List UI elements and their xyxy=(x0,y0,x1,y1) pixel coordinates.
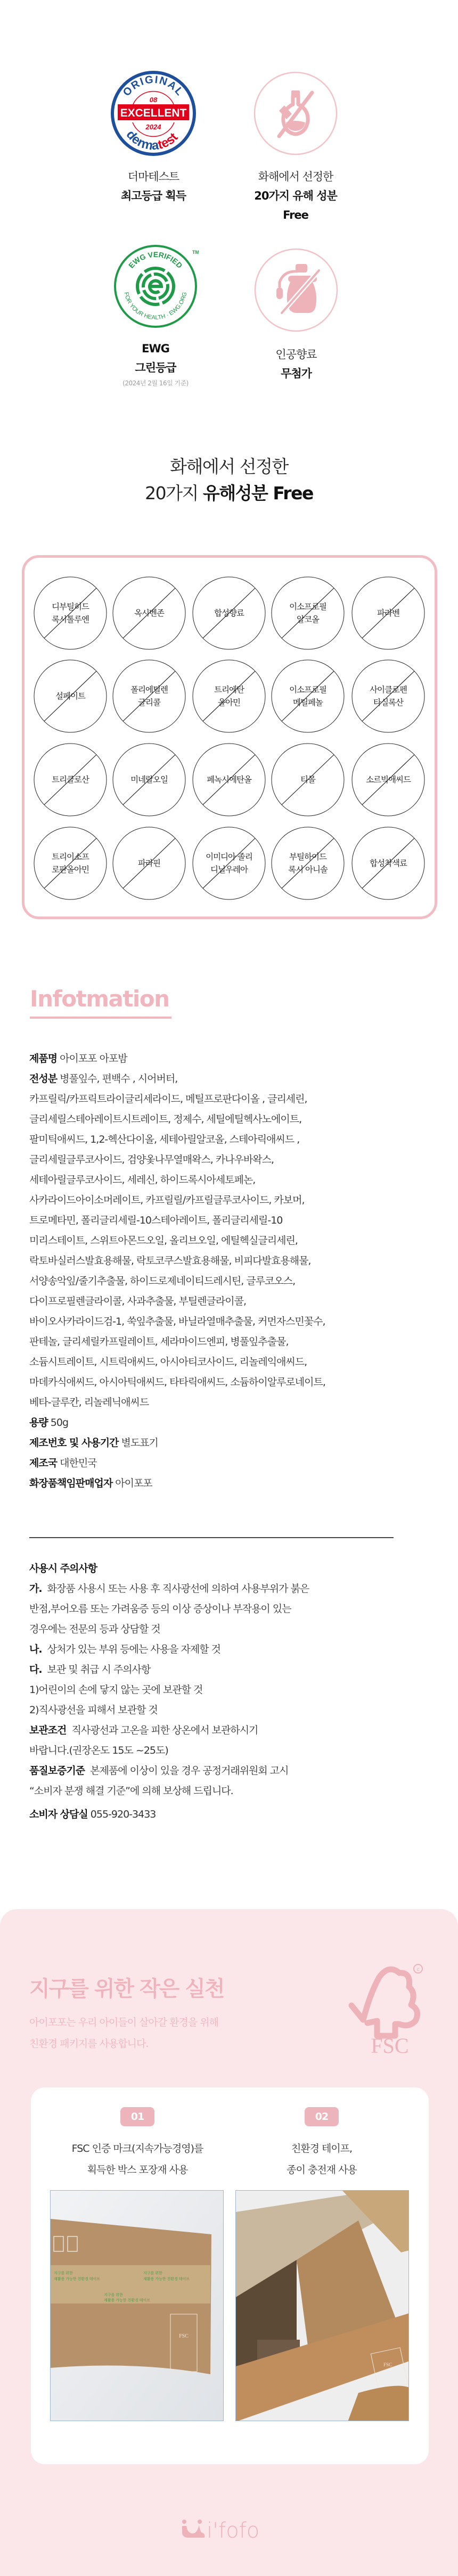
ifofo-logo: i'fofo xyxy=(181,2510,277,2542)
free-ingredient-label: 페녹시에탄올 xyxy=(192,743,266,816)
ingredients-line: 락토바실러스발효용해물, 락토코쿠스발효용해물, 비피다발효용해물, xyxy=(29,1251,434,1271)
seller-row: 화장품책임판매업자 아이포포 xyxy=(29,1473,434,1493)
feature-label-line2: 최고등급 획득 xyxy=(84,186,223,205)
ingredients-row: 전성분 병풀잎수, 편백수 , 시어버터, xyxy=(29,1069,434,1089)
free-heading-line1: 화해에서 선정한 xyxy=(0,453,458,480)
step-caption-line: 친환경 테이프, xyxy=(234,2138,410,2159)
dermatest-badge-icon: ORIGINAL 08 EXCELLENT 2024 dermatest xyxy=(110,70,197,156)
free-ingredient-item: 합성향료 xyxy=(192,576,266,650)
ingredients-line: 바이오사카라이드검-1, 쑥잎추출물, 바닐라열매추출물, 커먼자스민꽃수, xyxy=(29,1311,434,1332)
caution-na: 나. 상처가 있는 부위 등에는 사용을 자제할 것 xyxy=(29,1639,434,1659)
free-ingredient-item: 사이클로펜 타실록산 xyxy=(351,659,425,733)
free-ingredient-label: 소르빅애씨드 xyxy=(351,743,425,816)
svg-text:지구를 위한: 지구를 위한 xyxy=(54,2270,73,2275)
svg-text:재활용 가능한 친환경 테이프: 재활용 가능한 친환경 테이프 xyxy=(54,2276,100,2281)
ingredients-line: 마데카식애씨드, 아시아틱애씨드, 타타릭애씨드, 소듐하이알루로네이트, xyxy=(29,1372,434,1392)
free-ingredient-item: 디부틸히드 록시톨루엔 xyxy=(34,576,107,650)
feature-label-line1: 인공향료 xyxy=(227,345,365,364)
ingredients-line: 트로메타민, 폴리글리세릴-10스테아레이트, 폴리글리세릴-10 xyxy=(29,1210,434,1231)
caution-title: 사용시 주의사항 xyxy=(29,1558,434,1579)
free-ingredient-label: 트리클로산 xyxy=(34,743,107,816)
section-divider xyxy=(29,1537,394,1538)
info-title: Infotmation xyxy=(30,986,169,1012)
free-ingredient-label: 사이클로펜 타실록산 xyxy=(351,659,425,733)
free-ingredient-item: 이소프로필 메틸페놀 xyxy=(271,659,345,733)
svg-text:FSC: FSC xyxy=(383,2362,392,2367)
eco-title: 지구를 위한 작은 실천 xyxy=(29,1972,224,2002)
ingredients-line: 세테아릴글루코사이드, 세레신, 하이드록시아세토페논, xyxy=(29,1170,434,1190)
step-caption-line: 종이 충전재 사용 xyxy=(234,2159,410,2181)
feature-label-line3: Free xyxy=(226,205,365,225)
free-ingredient-item: 페녹시에탄올 xyxy=(192,743,266,816)
ewg-verified-badge-icon: EWG VERIFIED FOR YOUR HEALTH · EWG.ORG T… xyxy=(112,243,199,329)
free-ingredient-label: 파라핀 xyxy=(112,827,186,900)
free-ingredient-item: 옥시벤존 xyxy=(112,576,186,650)
svg-text:재활용 가능한 친환경 테이프: 재활용 가능한 친환경 테이프 xyxy=(104,2298,150,2302)
ingredients-line: 다이프로필렌글라이콜, 사과추출물, 부틸렌글라이콜, xyxy=(29,1291,434,1311)
free-ingredient-label: 이미디아 졸리 디닐우레아 xyxy=(192,827,266,900)
storage-row: 보관조건 직사광선과 고온을 피한 상온에서 보관하시기 xyxy=(29,1720,434,1740)
ingredients-line: 베타-글루칸, 리놀레닉애씨드 xyxy=(29,1392,434,1413)
feature-label-line1: EWG xyxy=(86,339,225,358)
no-chemical-flask-icon xyxy=(252,70,339,156)
free-ingredient-item: 트리에탄 올아민 xyxy=(192,659,266,733)
free-ingredient-item: 이미디아 졸리 디닐우레아 xyxy=(192,827,266,900)
caution-line: “소비자 분쟁 해결 기준”에 의해 보상해 드립니다. xyxy=(29,1781,434,1801)
feature-label-line2: 무첨가 xyxy=(227,364,365,383)
customer-service-row: 소비자 상담실 055-920-3433 xyxy=(29,1804,434,1824)
feature-label-line1: 더마테스트 xyxy=(84,167,223,186)
free-ingredient-label: 설페이트 xyxy=(34,659,107,733)
fsc-logo-icon: c FSC xyxy=(346,1961,426,2057)
svg-text:2024: 2024 xyxy=(145,123,162,131)
caution-section: 사용시 주의사항 가. 화장품 사용시 또는 사용 후 직사광선에 의하여 사용… xyxy=(29,1558,434,1824)
eco-tape-paper-filler-photo: FSC xyxy=(235,2190,409,2421)
ingredients-line: 서양송악잎/줄기추출물, 하이드로제네이티드레시틴, 글루코오스, xyxy=(29,1271,434,1291)
free-ingredient-item: 설페이트 xyxy=(34,659,107,733)
feature-no-fragrance: 인공향료 무첨가 xyxy=(227,247,365,383)
free-ingredient-label: 이소프로필 알코올 xyxy=(271,576,345,650)
eco-subtitle-line: 친환경 패키지를 사용합니다. xyxy=(29,2033,218,2054)
free-ingredient-item: 파라핀 xyxy=(112,827,186,900)
caution-line: 반점,부어오름 또는 가려움증 등의 이상 증상이나 부작용이 있는 xyxy=(29,1599,434,1619)
free-ingredient-label: 합성향료 xyxy=(192,576,266,650)
ingredients-line: 소듐시트레이트, 시트릭애씨드, 아시아티코사이드, 리놀레익애씨드, xyxy=(29,1352,434,1372)
ingredients-line: 카프릴릭/카프릭트라이글리세라이드, 메틸프로판다이올 , 글리세린, xyxy=(29,1089,434,1109)
free-ingredient-item: 파라벤 xyxy=(351,576,425,650)
free-ingredient-label: 트리에탄 올아민 xyxy=(192,659,266,733)
free-ingredient-label: 합성착색료 xyxy=(351,827,425,900)
free-ingredient-item: 티몰 xyxy=(271,743,345,816)
step-caption-line: FSC 인증 마크(지속가능경영)를 xyxy=(50,2138,225,2159)
origin-row: 제조국 대한민국 xyxy=(29,1453,434,1473)
free-ingredient-label: 폴리에틸렌 글리콜 xyxy=(112,659,186,733)
ingredients-line: 미리스테이트, 스위트아몬드오일, 올리브오일, 에틸헥실글리세린, xyxy=(29,1231,434,1251)
free-ingredient-label: 트리이소프 로판올아민 xyxy=(34,827,107,900)
caution-line: 1)어린이의 손에 닿지 않는 곳에 보관할 것 xyxy=(29,1680,434,1700)
free-ingredient-label: 부틸하이드 록시 아니솔 xyxy=(271,827,345,900)
feature-dermatest: ORIGINAL 08 EXCELLENT 2024 dermatest 더마테… xyxy=(84,70,223,205)
free-ingredient-item: 소르빅애씨드 xyxy=(351,743,425,816)
eco-subtitle-line: 아이포포는 우리 아이들이 살아갈 환경을 위해 xyxy=(29,2012,218,2033)
fsc-certified-box-photo: 지구를 위한재활용 가능한 친환경 테이프 지구를 위한재활용 가능한 친환경 … xyxy=(50,2190,224,2421)
caution-line: 바랍니다.(권장온도 15도 ~25도) xyxy=(29,1740,434,1761)
free-section-heading: 화해에서 선정한 20가지 유해성분 Free xyxy=(0,453,458,507)
free-ingredient-item: 합성착색료 xyxy=(351,827,425,900)
ingredients-line: 사카라이드아이소머레이트, 카프릴릴/카프릴글루코사이드, 카보머, xyxy=(29,1190,434,1210)
svg-text:08: 08 xyxy=(150,96,158,104)
caution-ga: 가. 화장품 사용시 또는 사용 후 직사광선에 의하여 사용부위가 붉은 xyxy=(29,1579,434,1599)
feature-label-line2: 그린등급 xyxy=(86,358,225,377)
free-ingredient-item: 폴리에틸렌 글리콜 xyxy=(112,659,186,733)
step-badge-02: 02 xyxy=(305,2107,339,2126)
svg-text:c: c xyxy=(417,1967,420,1972)
feature-hwahae-free: 화해에서 선정한 20가지 유해 성분 Free xyxy=(226,70,365,225)
feature-ewg: EWG VERIFIED FOR YOUR HEALTH · EWG.ORG T… xyxy=(86,243,225,389)
svg-text:지구를 위한: 지구를 위한 xyxy=(104,2292,123,2297)
svg-text:FSC: FSC xyxy=(371,2034,408,2057)
free-ingredient-item: 트리클로산 xyxy=(34,743,107,816)
step-caption-02: 친환경 테이프, 종이 충전재 사용 xyxy=(234,2138,410,2181)
free-ingredient-label: 이소프로필 메틸페놀 xyxy=(271,659,345,733)
free-ingredient-item: 미네랄오일 xyxy=(112,743,186,816)
feature-note: (2024년 2월 16일 기준) xyxy=(86,377,225,389)
free-ingredient-item: 트리이소프 로판올아민 xyxy=(34,827,107,900)
svg-text:FSC: FSC xyxy=(179,2333,189,2339)
svg-text:재활용 가능한 친환경 테이프: 재활용 가능한 친환경 테이프 xyxy=(143,2276,190,2281)
feature-label-line1: 화해에서 선정한 xyxy=(226,167,365,186)
ingredients-line: 팔미틱애씨드, 1,2-헥산다이올, 세테아릴알코올, 스테아릭애씨드 , xyxy=(29,1129,434,1150)
svg-text:EXCELLENT: EXCELLENT xyxy=(120,107,187,119)
warranty-row: 품질보증기준 본제품에 이상이 있을 경우 공정거래위원회 고시 xyxy=(29,1761,434,1781)
step-badge-01: 01 xyxy=(120,2107,154,2126)
free-ingredient-item: 이소프로필 알코올 xyxy=(271,576,345,650)
no-perfume-icon xyxy=(253,247,339,333)
free-ingredient-label: 티몰 xyxy=(271,743,345,816)
svg-text:지구를 위한: 지구를 위한 xyxy=(143,2270,162,2275)
ingredients-line: 글리세릴스테아레이트시트레이트, 정제수, 세틸에틸헥사노에이트, xyxy=(29,1109,434,1129)
lot-row: 제조번호 및 사용기간 별도표기 xyxy=(29,1433,434,1453)
caution-line: 경우에는 전문의 등과 상담할 것 xyxy=(29,1619,434,1639)
free-ingredient-label: 옥시벤존 xyxy=(112,576,186,650)
svg-text:i'fofo: i'fofo xyxy=(207,2519,259,2542)
caution-line: 2)직사광선을 피해서 보관할 것 xyxy=(29,1700,434,1720)
info-title-underline xyxy=(30,1017,171,1019)
ingredients-line: 판테놀, 글리세릴카프릴레이트, 세라마이드엔피, 병풀잎추출물, xyxy=(29,1332,434,1352)
step-caption-line: 획득한 박스 포장재 사용 xyxy=(50,2159,225,2181)
ingredients-line: 글리세릴글루코사이드, 검양옻나무열매왁스, 카나우바왁스, xyxy=(29,1150,434,1170)
volume-row: 용량 50g xyxy=(29,1413,434,1433)
free-ingredient-label: 디부틸히드 록시톨루엔 xyxy=(34,576,107,650)
svg-text:TM: TM xyxy=(192,250,199,255)
free-ingredient-label: 미네랄오일 xyxy=(112,743,186,816)
step-caption-01: FSC 인증 마크(지속가능경영)를 획득한 박스 포장재 사용 xyxy=(50,2138,225,2181)
eco-subtitle: 아이포포는 우리 아이들이 살아갈 환경을 위해 친환경 패키지를 사용합니다. xyxy=(29,2012,218,2054)
free-ingredient-item: 부틸하이드 록시 아니솔 xyxy=(271,827,345,900)
feature-label-line2: 20가지 유해 성분 xyxy=(226,186,365,205)
product-name-row: 제품명 아이포포 아포밤 xyxy=(29,1048,434,1069)
caution-da: 다. 보관 및 취급 시 주의사항 xyxy=(29,1659,434,1680)
free-ingredient-label: 파라벤 xyxy=(351,576,425,650)
free-heading-line2: 20가지 유해성분 Free xyxy=(0,480,458,507)
product-info: 제품명 아이포포 아포밤 전성분 병풀잎수, 편백수 , 시어버터, 카프릴릭/… xyxy=(29,1048,434,1493)
